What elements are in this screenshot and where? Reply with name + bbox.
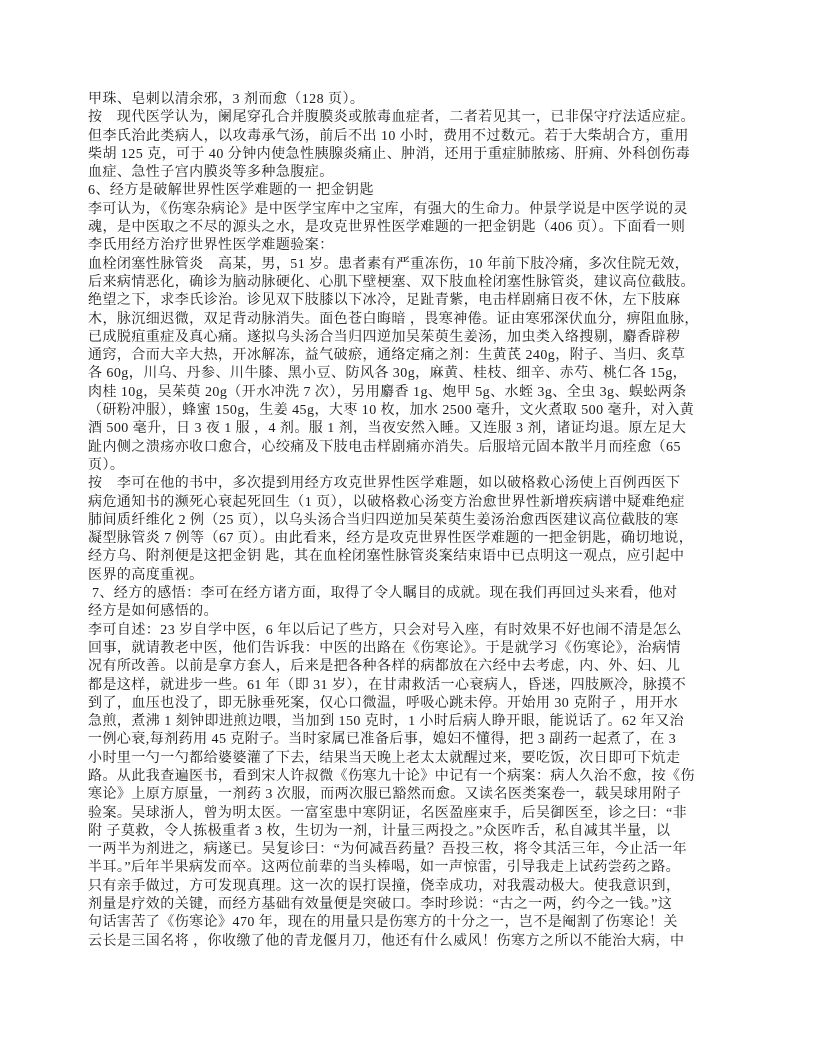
text-line: 回事，就请教老中医，他们告诉我：中医的出路在《伤寒论》。于是就学习《伤寒论》，治… [88,640,736,658]
document-page: 甲珠、皂刺以清余邪，3 剂而愈（128 页）。按 现代医学认为，阑尾穿孔合并腹膜… [0,0,816,1056]
text-line: 寒论》上原方原量，一剂药 3 次服，而两次服已豁然而愈。又读名医类案卷一，载吴球… [88,786,736,804]
text-line: 魂，是中医取之不尽的源头之水，是攻克世界性医学难题的一把金钥匙（406 页）。下… [88,219,736,237]
text-line: 经方乌、附剂便是这把金钥 匙，其在血栓闭塞性脉管炎案结束语中已点明这一观点，应引… [88,548,736,566]
text-line: 甲珠、皂刺以清余邪，3 剂而愈（128 页）。 [88,91,736,109]
text-line: 到了，血压也没了，即无脉垂死案，仅心口微温，呼吸心跳未停。开始用 30 克附子 … [88,695,736,713]
text-line: 趾内侧之溃疡亦收口愈合，心绞痛及下肢电击样剧痛亦消失。后服培元固本散半月而痊愈（… [88,439,736,457]
text-line: 按 李可在他的书中，多次提到用经方攻克世界性医学难题，如以破格救心汤使上百例西医… [88,475,736,493]
text-line: 血症、急性子宫内膜炎等多种急腹症。 [88,164,736,182]
text-line: 病危通知书的濒死心衰起死回生（1 页），以破格救心汤变方治愈世界性新增疾病谱中疑… [88,494,736,512]
text-line: 柴胡 125 克，可于 40 分钟内使急性胰腺炎痛止、肿消，还用于重症肺脓疡、肝… [88,146,736,164]
text-line: 但李氏治此类病人，以攻毒承气汤，前后不出 10 小时，费用不过数元。若于大柴胡合… [88,128,736,146]
text-line: 肉桂 10g，吴茱萸 20g（开水冲洗 7 次），另用麝香 1g、炮甲 5g、水… [88,384,736,402]
text-line: 一例心衰,每剂药用 45 克附子。当时家属已准备后事，媳妇不懂得，把 3 副药一… [88,731,736,749]
text-line: 后来病情恶化，确诊为脑动脉硬化、心肌下壁梗塞、双下肢血栓闭塞性脉管炎，建议高位截… [88,274,736,292]
text-line: 页）。 [88,457,736,475]
text-line: 李可认为，《伤寒杂病论》是中医学宝库中之宝库，有强大的生命力。仲景学说是中医学说… [88,201,736,219]
text-line: 半耳。”后年半果病发而卒。这两位前辈的当头棒喝，如一声惊雷，引导我走上试药尝药之… [88,859,736,877]
text-line: 路。从此我查遍医书，看到宋人许叔微《伤寒九十论》中记有一个病案：病人久治不愈，按… [88,768,736,786]
text-line: 剂量是疗效的关键，而经方基础有效量便是突破口。李时珍说：“古之一两，约今之一钱。… [88,896,736,914]
text-line: 急煎，煮沸 1 刻钟即进煎边喂，当加到 150 克时，1 小时后病人睁开眼，能说… [88,713,736,731]
text-line: 况有所改善。以前是拿方套人，后来是把各种各样的病都放在六经中去考虑，内、外、妇、… [88,658,736,676]
text-line: 云长是三国名将 ，你收缴了他的青龙偃月刀，他还有什么威风！伤寒方之所以不能治大病… [88,933,736,951]
text-line: 7、经方的感悟：李可在经方诸方面，取得了令人瞩目的成就。现在我们再回过头来看，他… [88,585,736,603]
text-line: 李氏用经方治疗世界性医学难题验案： [88,237,736,255]
text-block: 甲珠、皂刺以清余邪，3 剂而愈（128 页）。按 现代医学认为，阑尾穿孔合并腹膜… [88,91,736,951]
text-line: 验案。吴球浙人，曾为明太医。一富室患中寒阴证，名医盈座束手，后吴御医至，诊之曰：… [88,805,736,823]
text-line: 已成脱疽重症及真心痛。遂拟乌头汤合当归四逆加吴茱萸生姜汤，加虫类入络搜剔，麝香辟… [88,329,736,347]
text-line: 小时里一勺一勺都给婆婆灌了下去，结果当天晚上老太太就醒过来，要吃饭，次日即可下炕… [88,750,736,768]
text-line: 各 60g，川乌、丹参、川牛膝、黑小豆、防风各 30g，麻黄、桂枝、细辛、赤芍、… [88,365,736,383]
text-line: 木，脉沉细迟微，双足背动脉消失。面色苍白晦暗 ，畏寒神倦。证由寒邪深伏血分，痹阻… [88,311,736,329]
text-line: 血栓闭塞性脉管炎 高某，男，51 岁。患者素有严重冻伤，10 年前下肢冷痛，多次… [88,256,736,274]
text-line: 绝望之下，求李氏诊治。诊见双下肢膝以下冰冷，足趾青紫，电击样剧痛日夜不休，左下肢… [88,292,736,310]
text-line: 只有亲手做过，方可发现真理。这一次的误打误撞，侥幸成功，对我震动极大。使我意识到… [88,878,736,896]
text-line: 附 子莫救，令人拣极重者 3 枚，生切为一剂，计量三两投之。”众医咋舌，私自减其… [88,823,736,841]
text-line: 通窍，合而大辛大热，开冰解冻，益气破瘀，通络定痛之剂：生黄芪 240g，附子、当… [88,347,736,365]
text-line: 李可自述：23 岁自学中医，6 年以后记了些方，只会对号入座，有时效果不好也闹不… [88,622,736,640]
text-line: 凝型脉管炎 7 例等（67 页）。由此看来，经方是攻克世界性医学难题的一把金钥匙… [88,530,736,548]
text-line: 都是这样，就进步一些。61 年（即 31 岁），在甘肃救活一心衰病人，昏迷，四肢… [88,677,736,695]
text-line: 6、经方是破解世界性医学难题的一 把金钥匙 [88,182,736,200]
text-line: 按 现代医学认为，阑尾穿孔合并腹膜炎或脓毒血症者，二者若见其一，已非保守疗法适应… [88,109,736,127]
text-line: 医界的高度重视。 [88,567,736,585]
text-line: 经方是如何感悟的。 [88,603,736,621]
text-line: 肺间质纤维化 2 例（25 页），以乌头汤合当归四逆加吴茱萸生姜汤治愈西医建议高… [88,512,736,530]
text-line: （研粉冲服），蜂蜜 150g，生姜 45g，大枣 10 枚，加水 2500 毫升… [88,402,736,420]
text-line: 一两半为剂进之，病遂已。吴复诊曰：“为何减吾药量？吾投三枚，将令其活三年，今止活… [88,841,736,859]
text-line: 句话害苦了《伤寒论》470 年，现在的用量只是伤寒方的十分之一，岂不是阉割了伤寒… [88,914,736,932]
text-line: 酒 500 毫升，日 3 夜 1 服 ，4 剂。服 1 剂，当夜安然入睡。又连服… [88,420,736,438]
